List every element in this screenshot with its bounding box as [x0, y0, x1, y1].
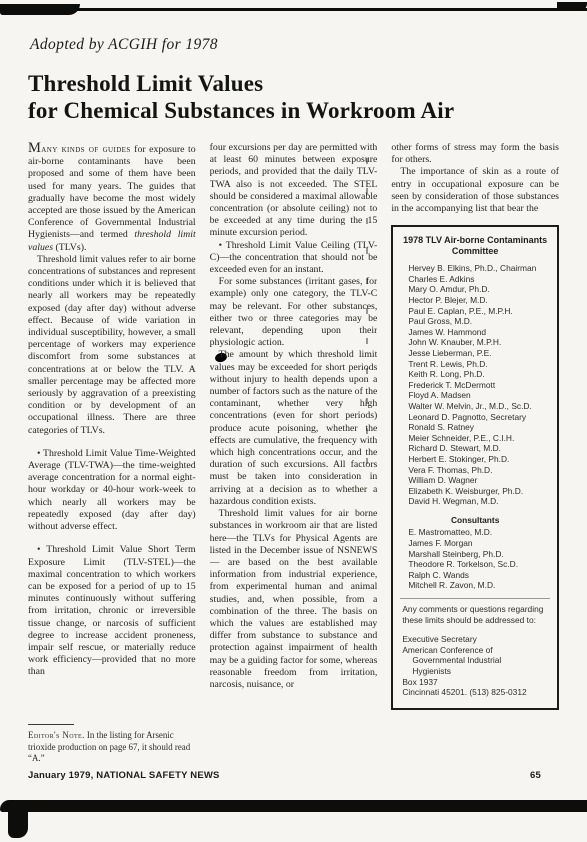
title-line-2: for Chemical Substances in Workroom Air — [28, 98, 454, 123]
committee-member: Herbert E. Stokinger, Ph.D. — [400, 454, 550, 465]
committee-member: Hervey B. Elkins, Ph.D., Chairman — [400, 263, 550, 274]
body-paragraph: • Threshold Limit Value Time-Weighted Av… — [28, 448, 196, 533]
title-line-1: Threshold Limit Values — [28, 71, 263, 96]
box-divider — [400, 598, 550, 599]
committee-member: Leonard D. Pagnotto, Secretary — [400, 412, 550, 423]
committee-member: Elizabeth K. Weisburger, Ph.D. — [400, 486, 550, 497]
comments-note: Any comments or questions regarding thes… — [400, 604, 550, 625]
footer-issue: January 1979, NATIONAL SAFETY NEWS — [28, 770, 220, 781]
consultants-heading: Consultants — [400, 515, 550, 526]
kicker: Adopted by ACGIH for 1978 — [30, 36, 218, 54]
body-paragraph: Threshold limit values for air borne sub… — [210, 508, 378, 691]
body-columns: Many kinds of guides for exposure to air… — [28, 142, 559, 766]
committee-member: William D. Wagner — [400, 475, 550, 486]
committee-box: 1978 TLV Air-borne ContaminantsCommittee… — [391, 225, 559, 710]
consultant: Mitchell R. Zavon, M.D. — [400, 580, 550, 591]
scan-artifact-top-right — [557, 2, 587, 10]
address-block: Executive SecretaryAmerican Conference o… — [400, 634, 550, 698]
address-line: Hygienists — [400, 666, 550, 677]
committee-member: David H. Wegman, M.D. — [400, 496, 550, 507]
scan-artifact-top-line — [0, 8, 587, 11]
body-paragraph: • Threshold Limit Value Short Term Expos… — [28, 544, 196, 678]
committee-member: Frederick T. McDermott — [400, 380, 550, 391]
scan-artifact-top-left — [0, 4, 80, 15]
body-paragraph: four excursions per day are permitted wi… — [210, 142, 378, 240]
body-paragraph: The importance of skin as a route of ent… — [391, 166, 559, 215]
scan-artifact-bottom-drip — [8, 802, 28, 838]
committee-member: Richard D. Stewart, M.D. — [400, 443, 550, 454]
committee-member: Meier Schneider, P.E., C.I.H. — [400, 433, 550, 444]
committee-member: Paul Gross, M.D. — [400, 316, 550, 327]
column-3-text: other forms of stress may form the basis… — [391, 142, 559, 215]
footnote-rule — [28, 724, 74, 725]
committee-member: Ronald S. Ratney — [400, 422, 550, 433]
committee-member: James W. Hammond — [400, 327, 550, 338]
committee-member: Jesse Lieberman, P.E. — [400, 348, 550, 359]
committee-member: Vera F. Thomas, Ph.D. — [400, 465, 550, 476]
committee-box-title: 1978 TLV Air-borne ContaminantsCommittee — [400, 235, 550, 257]
committee-member: Floyd A. Madsen — [400, 390, 550, 401]
committee-member: Walter W. Melvin, Jr., M.D., Sc.D. — [400, 401, 550, 412]
committee-member: Paul E. Caplan, P.E., M.P.H. — [400, 306, 550, 317]
consultant: Theodore R. Torkelson, Sc.D. — [400, 559, 550, 570]
footnote-text: Editor's Note. In the listing for Arseni… — [28, 730, 196, 764]
committee-member: Charles E. Adkins — [400, 274, 550, 285]
consultant: E. Mastromatteo, M.D. — [400, 527, 550, 538]
column-2: four excursions per day are permitted wi… — [210, 142, 378, 766]
consultant: James F. Morgan — [400, 538, 550, 549]
address-line: Box 1937 — [400, 677, 550, 688]
body-paragraph: Many kinds of guides for exposure to air… — [28, 142, 196, 254]
committee-member-list: Hervey B. Elkins, Ph.D., ChairmanCharles… — [400, 263, 550, 507]
magazine-page: Adopted by ACGIH for 1978 Threshold Limi… — [0, 0, 587, 842]
committee-member: John W. Knauber, M.P.H. — [400, 337, 550, 348]
address-line: Cincinnati 45201. (513) 825-0312 — [400, 687, 550, 698]
committee-member: Trent R. Lewis, Ph.D. — [400, 359, 550, 370]
consultant: Marshall Steinberg, Ph.D. — [400, 549, 550, 560]
address-line: Governmental Industrial — [400, 655, 550, 666]
page-number: 65 — [530, 770, 541, 781]
body-paragraph: • Threshold Limit Value Ceiling (TLV-C)—… — [210, 240, 378, 277]
body-paragraph: For some substances (irritant gases, for… — [210, 276, 378, 349]
column-1: Many kinds of guides for exposure to air… — [28, 142, 196, 766]
body-paragraph: Threshold limit values refer to air born… — [28, 254, 196, 437]
committee-box-title-line-1: 1978 TLV Air-borne Contaminants — [403, 235, 547, 245]
column-3: other forms of stress may form the basis… — [391, 142, 559, 766]
scan-artifact-bottom-bar — [0, 800, 587, 812]
page-footer: January 1979, NATIONAL SAFETY NEWS 65 — [28, 770, 541, 781]
consultant: Ralph C. Wands — [400, 570, 550, 581]
page-title: Threshold Limit Valuesfor Chemical Subst… — [28, 70, 454, 124]
address-line: Executive Secretary — [400, 634, 550, 645]
consultant-list: E. Mastromatteo, M.D.James F. MorganMars… — [400, 527, 550, 591]
editor-footnote: Editor's Note. In the listing for Arseni… — [28, 724, 196, 766]
address-line: American Conference of — [400, 645, 550, 656]
body-paragraph: other forms of stress may form the basis… — [391, 142, 559, 166]
committee-member: Mary O. Amdur, Ph.D. — [400, 284, 550, 295]
body-paragraph: The amount by which threshold limit valu… — [210, 349, 378, 508]
committee-member: Keith R. Long, Ph.D. — [400, 369, 550, 380]
committee-box-title-line-2: Committee — [452, 246, 499, 256]
committee-member: Hector P. Blejer, M.D. — [400, 295, 550, 306]
